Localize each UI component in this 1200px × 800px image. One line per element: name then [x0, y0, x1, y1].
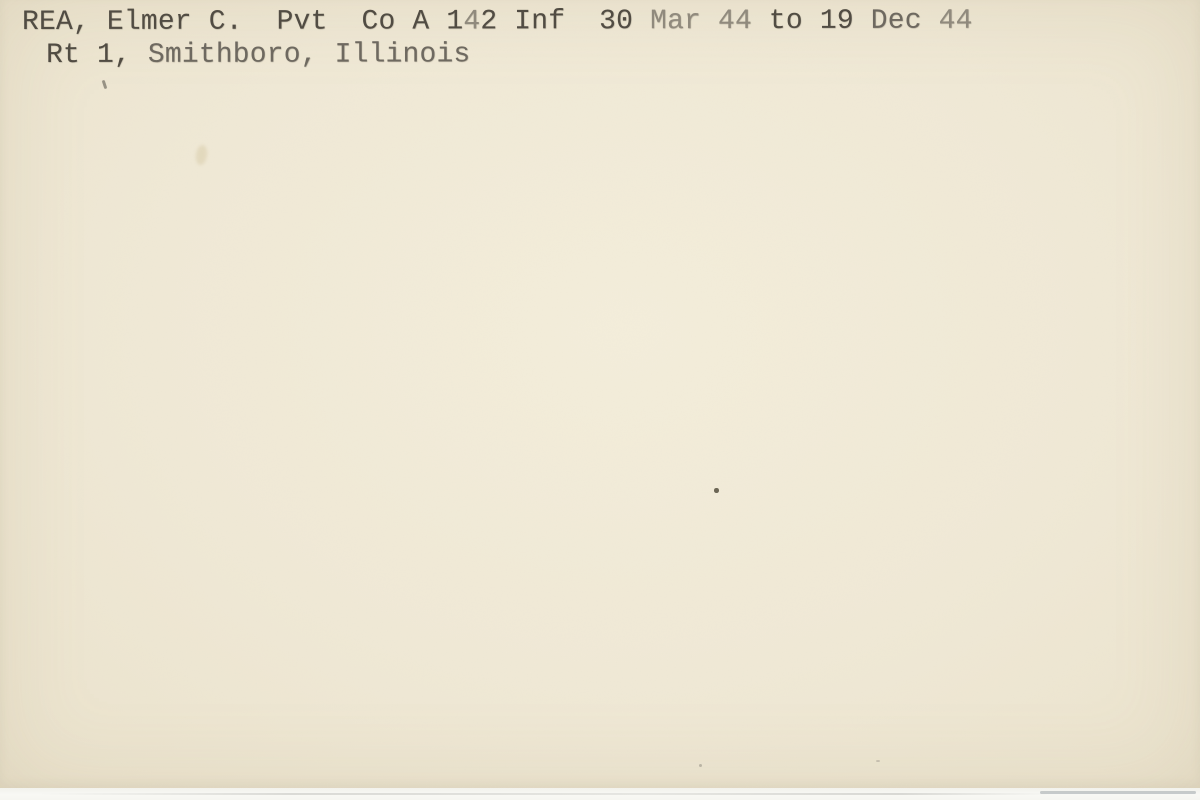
typed-segment: 44 — [939, 6, 973, 37]
typed-segment — [328, 7, 362, 38]
ink-speck — [714, 488, 719, 493]
dust-speck — [876, 760, 880, 762]
typed-segment: Smithboro, Illinois — [148, 39, 471, 70]
typed-segment: to 19 — [752, 6, 871, 37]
card-edge-shadow-line — [40, 793, 1050, 795]
typed-segment — [701, 6, 718, 37]
paper-grain-texture — [0, 0, 1200, 788]
typed-line-name-rank-unit-dates: REA, Elmer C. Pvt Co A 142 Inf 30 Mar 44… — [22, 5, 973, 39]
typed-segment: 44 — [718, 6, 752, 37]
typed-segment: Dec — [871, 6, 922, 37]
dust-speck — [699, 764, 702, 767]
typed-line-address: Rt 1, Smithboro, Illinois — [22, 38, 973, 72]
typed-segment: Mar — [650, 6, 701, 37]
typed-segment: REA, Elmer C. — [22, 7, 243, 38]
card-edge-shadow-dark-segment — [1040, 791, 1196, 794]
typed-segment: Co A 1 — [361, 6, 463, 37]
typed-segment: 4 — [463, 6, 480, 37]
typed-text-block: REA, Elmer C. Pvt Co A 142 Inf 30 Mar 44… — [22, 5, 973, 72]
typed-segment: Rt 1, — [46, 40, 148, 71]
stray-ink-tick — [102, 80, 108, 89]
typed-segment: 2 — [480, 6, 514, 37]
typed-segment — [922, 6, 939, 37]
typed-segment: Pvt — [277, 7, 328, 38]
scanned-document: REA, Elmer C. Pvt Co A 142 Inf 30 Mar 44… — [0, 0, 1200, 800]
scan-edge-strip — [0, 788, 1200, 800]
typed-segment: 30 — [565, 6, 650, 37]
index-card-surface: REA, Elmer C. Pvt Co A 142 Inf 30 Mar 44… — [0, 0, 1200, 788]
faint-smudge — [195, 144, 209, 165]
typed-segment: Inf — [514, 6, 565, 37]
typed-segment — [243, 7, 277, 38]
